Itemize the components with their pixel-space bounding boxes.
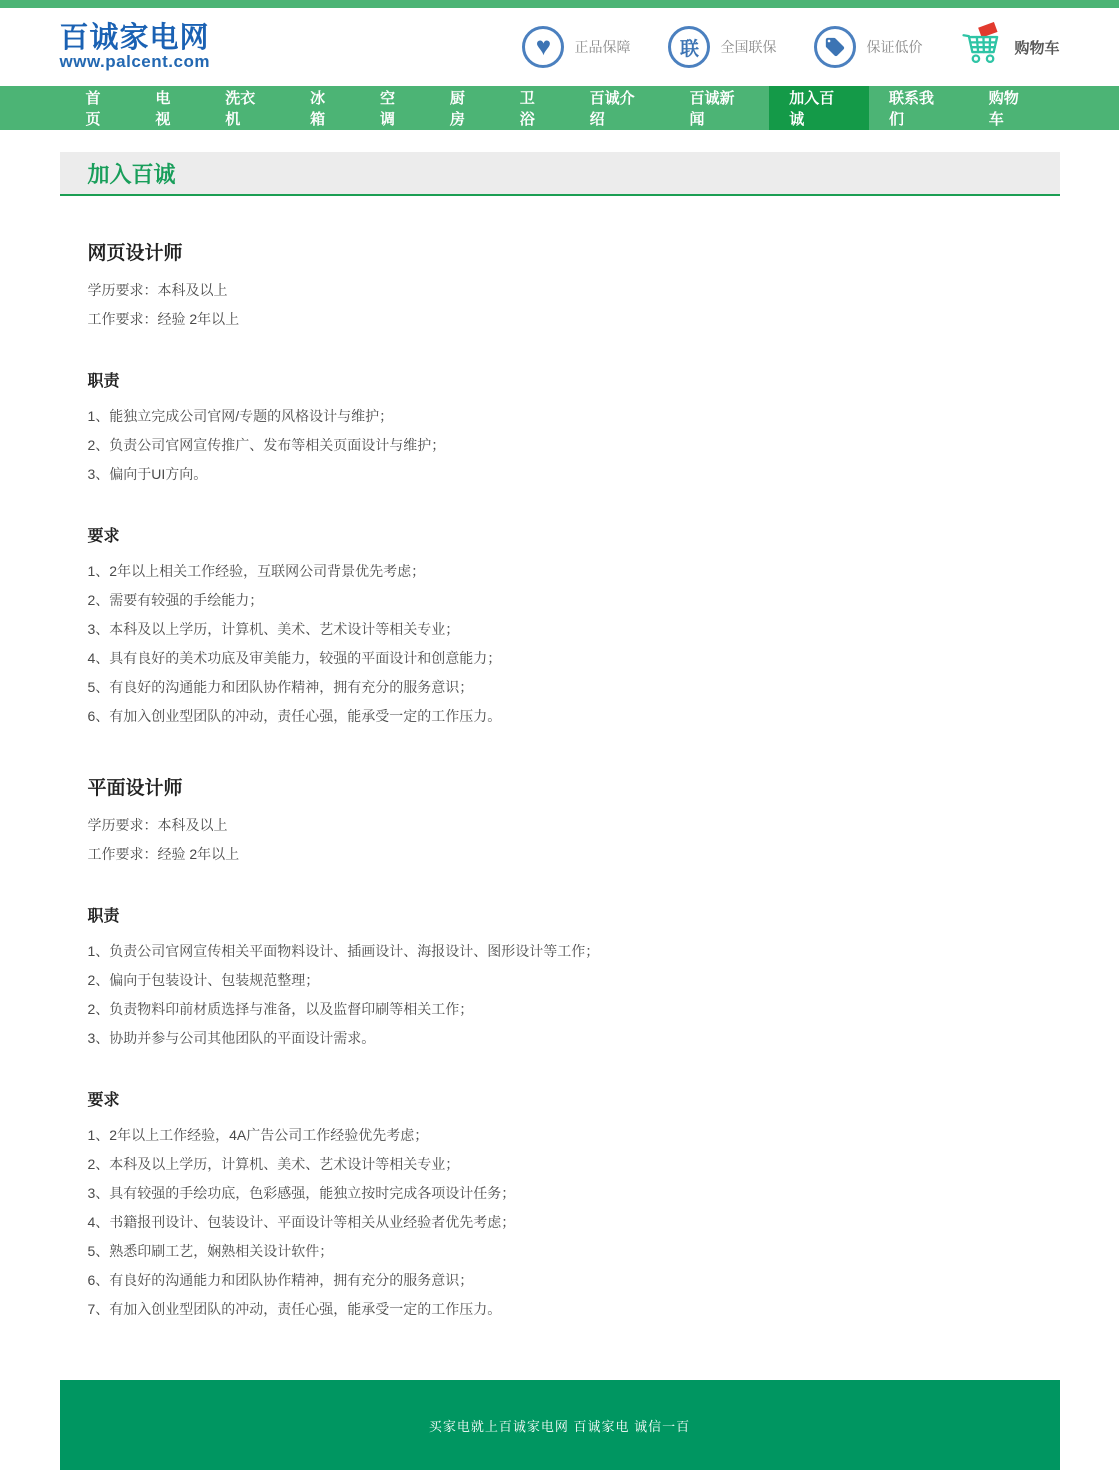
nav-item[interactable]: 百诚介绍 bbox=[570, 86, 670, 130]
badge-authentic-label: 正品保障 bbox=[574, 37, 630, 57]
section-item: 5、有良好的沟通能力和团队协作精神，拥有充分的服务意识； bbox=[88, 673, 1032, 702]
footer-text: 买家电就上百诚家电网 百诚家电 诚信一百 bbox=[429, 1416, 690, 1435]
job-sections: 职责 1、负责公司官网宣传相关平面物料设计、插画设计、海报设计、图形设计等工作；… bbox=[88, 905, 1032, 1324]
job-listing: 网页设计师 学历要求：本科及以上 工作要求：经验 2年以上 职责 1、能独立完成… bbox=[88, 242, 1032, 731]
header-cart[interactable]: 购物车 bbox=[960, 22, 1059, 73]
logo-url: www.palcent.com bbox=[60, 53, 210, 71]
section-item: 1、2年以上工作经验，4A广告公司工作经验优先考虑； bbox=[88, 1121, 1032, 1150]
nav-item-label: 联系我们 bbox=[889, 87, 949, 129]
section-list: 1、能独立完成公司官网/专题的风格设计与维护；2、负责公司官网宣传推广、发布等相… bbox=[88, 402, 1032, 489]
badge-low-price: 保证低价 bbox=[814, 26, 922, 68]
heart-icon: ♥ bbox=[522, 26, 564, 68]
nav-item[interactable]: 百诚新闻 bbox=[669, 86, 769, 130]
job-listing: 平面设计师 学历要求：本科及以上 工作要求：经验 2年以上 职责 1、负责公司官… bbox=[88, 777, 1032, 1324]
nav-item[interactable]: 洗衣机 bbox=[205, 86, 290, 130]
job-section: 职责 1、负责公司官网宣传相关平面物料设计、插画设计、海报设计、图形设计等工作；… bbox=[88, 905, 1032, 1053]
section-item: 2、需要有较强的手绘能力； bbox=[88, 586, 1032, 615]
section-list: 1、负责公司官网宣传相关平面物料设计、插画设计、海报设计、图形设计等工作；2、偏… bbox=[88, 937, 1032, 1053]
badge-national-warranty-label: 全国联保 bbox=[720, 37, 776, 57]
cart-label: 购物车 bbox=[1014, 37, 1059, 58]
section-item: 6、有加入创业型团队的冲动，责任心强，能承受一定的工作压力。 bbox=[88, 702, 1032, 731]
section-item: 7、有加入创业型团队的冲动，责任心强，能承受一定的工作压力。 bbox=[88, 1295, 1032, 1324]
section-heading: 要求 bbox=[88, 525, 1032, 549]
job-education: 学历要求：本科及以上 bbox=[88, 811, 1032, 840]
section-item: 1、2年以上相关工作经验，互联网公司背景优先考虑； bbox=[88, 557, 1032, 586]
page-title: 加入百诚 bbox=[88, 158, 176, 189]
nav-item-label: 首页 bbox=[86, 87, 116, 129]
main-nav: 首页电视洗衣机冰箱空调厨房卫浴百诚介绍百诚新闻加入百诚联系我们购物车 bbox=[0, 86, 1119, 130]
nav-item-label: 加入百诚 bbox=[789, 87, 849, 129]
lian-circle-icon: 联 bbox=[668, 26, 710, 68]
job-experience: 工作要求：经验 2年以上 bbox=[88, 840, 1032, 869]
badge-authentic: ♥ 正品保障 bbox=[522, 26, 630, 68]
job-education: 学历要求：本科及以上 bbox=[88, 276, 1032, 305]
job-experience: 工作要求：经验 2年以上 bbox=[88, 305, 1032, 334]
nav-item[interactable]: 电视 bbox=[135, 86, 205, 130]
page-root: 百诚家电网 www.palcent.com ♥ 正品保障 联 全国联保 bbox=[0, 0, 1119, 1470]
job-sections: 职责 1、能独立完成公司官网/专题的风格设计与维护；2、负责公司官网宣传推广、发… bbox=[88, 370, 1032, 731]
job-title: 网页设计师 bbox=[88, 242, 1032, 266]
nav-item-label: 百诚介绍 bbox=[590, 87, 650, 129]
job-title: 平面设计师 bbox=[88, 777, 1032, 801]
section-item: 2、负责公司官网宣传推广、发布等相关页面设计与维护； bbox=[88, 431, 1032, 460]
nav-item[interactable]: 加入百诚 bbox=[769, 86, 869, 130]
nav-item[interactable]: 厨房 bbox=[430, 86, 500, 130]
badge-national-warranty: 联 全国联保 bbox=[668, 26, 776, 68]
nav-item[interactable]: 购物车 bbox=[969, 86, 1054, 130]
section-item: 3、偏向于UI方向。 bbox=[88, 460, 1032, 489]
logo-title: 百诚家电网 bbox=[60, 23, 210, 53]
section-item: 3、协助并参与公司其他团队的平面设计需求。 bbox=[88, 1024, 1032, 1053]
cart-icon bbox=[960, 22, 1006, 73]
section-item: 3、具有较强的手绘功底，色彩感强，能独立按时完成各项设计任务； bbox=[88, 1179, 1032, 1208]
site-logo[interactable]: 百诚家电网 www.palcent.com bbox=[60, 23, 210, 71]
top-strip bbox=[0, 0, 1119, 8]
site-header: 百诚家电网 www.palcent.com ♥ 正品保障 联 全国联保 bbox=[0, 8, 1119, 86]
section-list: 1、2年以上工作经验，4A广告公司工作经验优先考虑；2、本科及以上学历，计算机、… bbox=[88, 1121, 1032, 1324]
nav-item[interactable]: 空调 bbox=[360, 86, 430, 130]
section-item: 2、偏向于包装设计、包装规范整理； bbox=[88, 966, 1032, 995]
nav-item[interactable]: 首页 bbox=[66, 86, 136, 130]
header-badges: ♥ 正品保障 联 全国联保 保证低价 bbox=[522, 22, 1059, 73]
section-heading: 要求 bbox=[88, 1089, 1032, 1113]
badge-low-price-label: 保证低价 bbox=[866, 37, 922, 57]
price-tag-icon bbox=[814, 26, 856, 68]
section-heading: 职责 bbox=[88, 370, 1032, 394]
job-section: 职责 1、能独立完成公司官网/专题的风格设计与维护；2、负责公司官网宣传推广、发… bbox=[88, 370, 1032, 489]
nav-item-label: 电视 bbox=[155, 87, 185, 129]
page-title-bar: 加入百诚 bbox=[60, 152, 1060, 196]
section-item: 5、熟悉印刷工艺，娴熟相关设计软件； bbox=[88, 1237, 1032, 1266]
section-list: 1、2年以上相关工作经验，互联网公司背景优先考虑；2、需要有较强的手绘能力；3、… bbox=[88, 557, 1032, 731]
section-item: 1、负责公司官网宣传相关平面物料设计、插画设计、海报设计、图形设计等工作； bbox=[88, 937, 1032, 966]
nav-item-label: 洗衣机 bbox=[225, 87, 270, 129]
nav-item-label: 卫浴 bbox=[520, 87, 550, 129]
section-item: 3、本科及以上学历，计算机、美术、艺术设计等相关专业； bbox=[88, 615, 1032, 644]
job-section: 要求 1、2年以上相关工作经验，互联网公司背景优先考虑；2、需要有较强的手绘能力… bbox=[88, 525, 1032, 731]
nav-item-label: 购物车 bbox=[989, 87, 1034, 129]
nav-item[interactable]: 冰箱 bbox=[290, 86, 360, 130]
jobs-content: 网页设计师 学历要求：本科及以上 工作要求：经验 2年以上 职责 1、能独立完成… bbox=[60, 242, 1060, 1324]
nav-item-label: 百诚新闻 bbox=[689, 87, 749, 129]
nav-item-label: 空调 bbox=[380, 87, 410, 129]
section-item: 2、本科及以上学历，计算机、美术、艺术设计等相关专业； bbox=[88, 1150, 1032, 1179]
nav-item-label: 厨房 bbox=[450, 87, 480, 129]
section-item: 2、负责物料印前材质选择与准备，以及监督印刷等相关工作； bbox=[88, 995, 1032, 1024]
section-item: 4、具有良好的美术功底及审美能力，较强的平面设计和创意能力； bbox=[88, 644, 1032, 673]
nav-item-label: 冰箱 bbox=[310, 87, 340, 129]
section-item: 4、书籍报刊设计、包装设计、平面设计等相关从业经验者优先考虑； bbox=[88, 1208, 1032, 1237]
section-heading: 职责 bbox=[88, 905, 1032, 929]
nav-items: 首页电视洗衣机冰箱空调厨房卫浴百诚介绍百诚新闻加入百诚联系我们购物车 bbox=[60, 86, 1060, 130]
site-footer: 买家电就上百诚家电网 百诚家电 诚信一百 bbox=[60, 1380, 1060, 1470]
section-item: 6、有良好的沟通能力和团队协作精神，拥有充分的服务意识； bbox=[88, 1266, 1032, 1295]
nav-item[interactable]: 联系我们 bbox=[869, 86, 969, 130]
nav-item[interactable]: 卫浴 bbox=[500, 86, 570, 130]
job-section: 要求 1、2年以上工作经验，4A广告公司工作经验优先考虑；2、本科及以上学历，计… bbox=[88, 1089, 1032, 1324]
section-item: 1、能独立完成公司官网/专题的风格设计与维护； bbox=[88, 402, 1032, 431]
